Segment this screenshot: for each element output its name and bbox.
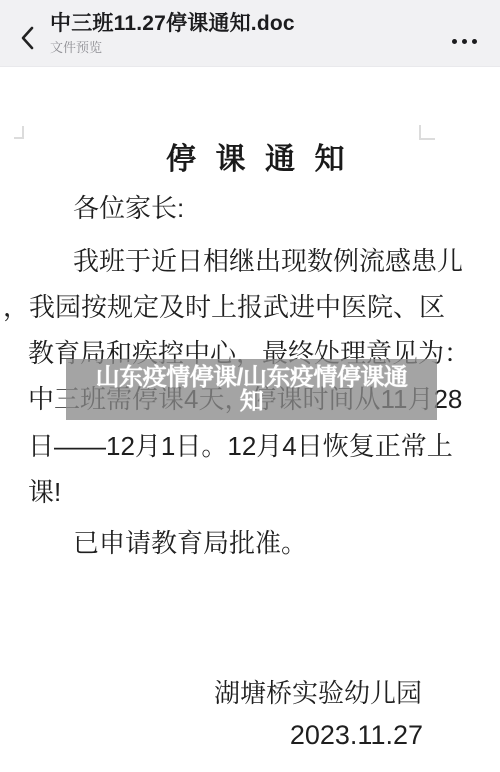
watermark-text-line: 山东疫情停课/山东疫情停课通 [96, 366, 408, 390]
more-options-button[interactable] [444, 28, 484, 54]
signature-school-name: 湖塘桥实验幼儿园 [214, 670, 422, 716]
body-line: 我班于近日相继出现数例流感患儿 [28, 238, 420, 284]
body-line: 课! [28, 469, 420, 515]
document-preview-page: 停课通知 各位家长: 我班于近日相继出现数例流感患儿 ，我园按规定及时上报武进中… [0, 68, 500, 772]
watermark-text-line: 知 [240, 390, 264, 414]
watermark-banner: 山东疫情停课/山东疫情停课通 知 [66, 359, 437, 420]
file-preview-header: 中三班11.27停课通知.doc 文件预览 [0, 0, 500, 67]
salutation-line: 各位家长: [28, 185, 420, 231]
header-title-block: 中三班11.27停课通知.doc 文件预览 [50, 11, 400, 55]
back-button[interactable] [10, 22, 44, 56]
document-date: 2023.11.27 [290, 712, 423, 758]
body-line: 已申请教育局批准。 [28, 520, 420, 566]
file-preview-label: 文件预览 [50, 40, 400, 55]
ellipsis-icon [452, 39, 477, 44]
document-title: 停课通知 [0, 134, 500, 178]
file-name-title: 中三班11.27停课通知.doc [50, 11, 400, 37]
body-line: 日——12月1日。12月4日恢复正常上 [28, 423, 420, 469]
chevron-left-icon [20, 26, 34, 53]
body-line: ，我园按规定及时上报武进中医院、区 [3, 284, 420, 330]
